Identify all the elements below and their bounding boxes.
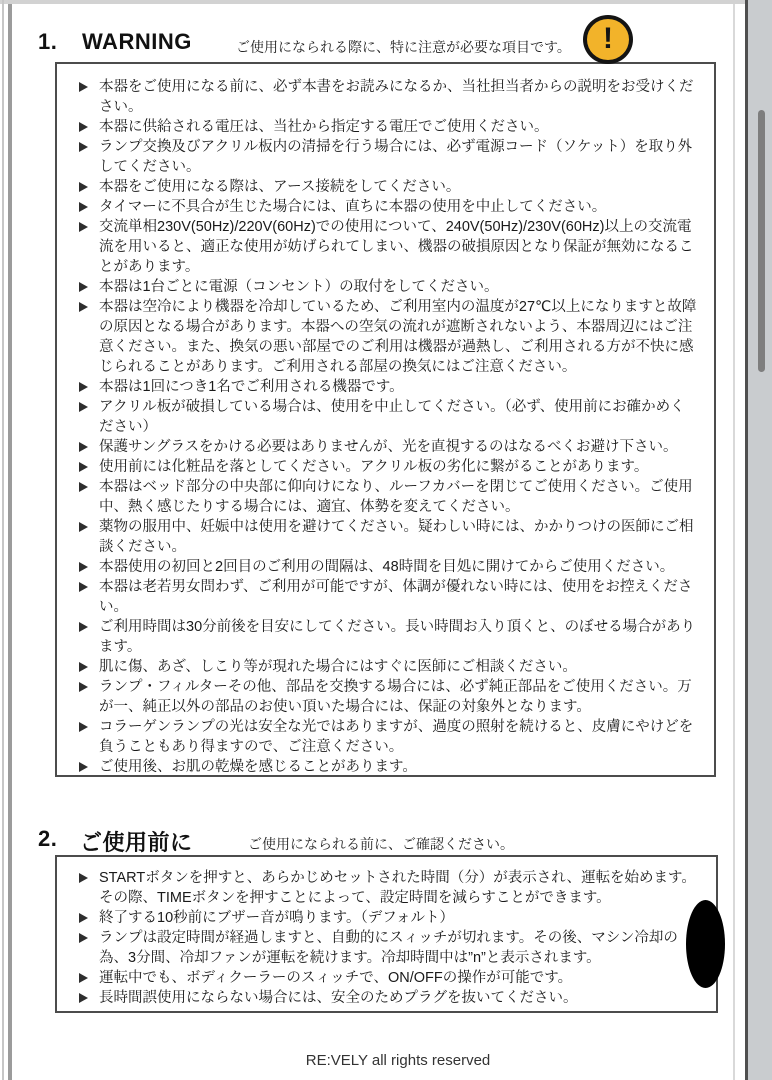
- section2-subtitle: ご使用になられる前に、ご確認ください。: [248, 834, 514, 854]
- list-item-text: 長時間誤使用にならない場合には、安全のためプラグを抜いてください。: [99, 990, 578, 1006]
- page-right-edge: [733, 4, 735, 1080]
- arrow-bullet-icon: [79, 122, 88, 132]
- list-item: 本器は空冷により機器を冷却しているため、ご利用室内の温度が27℃以上になりますと…: [77, 297, 698, 377]
- list-item: ランプは設定時間が経過しますと、自動的にスィッチが切れます。その後、マシン冷却の…: [77, 928, 700, 968]
- list-item: 本器は老若男女問わず、ご利用が可能ですが、体調が優れない時には、使用をお控えくだ…: [77, 577, 698, 617]
- list-item-text: 本器使用の初回と2回目のご利用の間隔は、48時間を目処に開けてからご使用ください…: [99, 559, 674, 575]
- scrollbar-track[interactable]: [748, 0, 772, 1080]
- list-item-text: 交流単相230V(50Hz)/220V(60Hz)での使用について、240V(5…: [99, 219, 694, 275]
- list-item-text: 本器をご使用になる際は、アース接続をしてください。: [99, 179, 460, 195]
- list-item: 終了する10秒前にブザー音が鳴ります。（デフォルト）: [77, 908, 700, 928]
- list-item: 薬物の服用中、妊娠中は使用を避けてください。疑わしい時には、かかりつけの医師にご…: [77, 517, 698, 557]
- viewer-left-border-outer: [2, 0, 4, 1080]
- viewer-top-border: [0, 0, 772, 4]
- warning-rules-box: 本器をご使用になる前に、必ず本書をお読みになるか、当社担当者からの説明をお受けく…: [55, 62, 716, 777]
- list-item-text: 運転中でも、ボディクーラーのスィッチで、ON/OFFの操作が可能です。: [99, 970, 572, 986]
- footer-copyright: RE:VELY all rights reserved: [28, 1052, 768, 1069]
- redaction-ellipse: [686, 900, 725, 988]
- arrow-bullet-icon: [79, 562, 88, 572]
- before-use-rules-list: STARTボタンを押すと、あらかじめセットされた時間（分）が表示され、運転を始め…: [77, 868, 700, 1008]
- list-item: 本器使用の初回と2回目のご利用の間隔は、48時間を目処に開けてからご使用ください…: [77, 557, 698, 577]
- list-item: 長時間誤使用にならない場合には、安全のためプラグを抜いてください。: [77, 988, 700, 1008]
- arrow-bullet-icon: [79, 442, 88, 452]
- list-item: 運転中でも、ボディクーラーのスィッチで、ON/OFFの操作が可能です。: [77, 968, 700, 988]
- list-item: 使用前には化粧品を落としてください。アクリル板の劣化に繋がることがあります。: [77, 457, 698, 477]
- list-item: 本器は1台ごとに電源（コンセント）の取付をしてください。: [77, 277, 698, 297]
- list-item-text: 本器は空冷により機器を冷却しているため、ご利用室内の温度が27℃以上になりますと…: [99, 299, 696, 375]
- list-item: STARTボタンを押すと、あらかじめセットされた時間（分）が表示され、運転を始め…: [77, 868, 700, 908]
- viewer-left-border-inner: [8, 4, 12, 1080]
- list-item-text: 本器は1回につき1名でご利用される機器です。: [99, 379, 404, 395]
- list-item-text: 本器は1台ごとに電源（コンセント）の取付をしてください。: [99, 279, 499, 295]
- list-item-text: ご使用後、お肌の乾燥を感じることがあります。: [99, 759, 417, 775]
- list-item: アクリル板が破損している場合は、使用を中止してください。（必ず、使用前にお確かめ…: [77, 397, 698, 437]
- section2-title: ご使用前に: [80, 826, 193, 857]
- list-item: 本器をご使用になる際は、アース接続をしてください。: [77, 177, 698, 197]
- list-item-text: 保護サングラスをかける必要はありませんが、光を直視するのはなるべくお避け下さい。: [99, 439, 678, 455]
- arrow-bullet-icon: [79, 662, 88, 672]
- arrow-bullet-icon: [79, 462, 88, 472]
- arrow-bullet-icon: [79, 622, 88, 632]
- list-item-text: 終了する10秒前にブザー音が鳴ります。（デフォルト）: [99, 910, 454, 926]
- arrow-bullet-icon: [79, 142, 88, 152]
- warning-rules-list: 本器をご使用になる前に、必ず本書をお読みになるか、当社担当者からの説明をお受けく…: [77, 77, 698, 777]
- warning-exclamation-icon: !: [583, 15, 633, 64]
- arrow-bullet-icon: [79, 202, 88, 212]
- list-item: ご利用時間は30分前後を目安にしてください。長い時間お入り頂くと、のぼせる場合が…: [77, 617, 698, 657]
- arrow-bullet-icon: [79, 382, 88, 392]
- list-item-text: ランプは設定時間が経過しますと、自動的にスィッチが切れます。その後、マシン冷却の…: [99, 930, 678, 966]
- list-item: ランプ交換及びアクリル板内の清掃を行う場合には、必ず電源コード（ソケット）を取り…: [77, 137, 698, 177]
- arrow-bullet-icon: [79, 913, 88, 923]
- list-item: タイマーに不具合が生じた場合には、直ちに本器の使用を中止してください。: [77, 197, 698, 217]
- arrow-bullet-icon: [79, 482, 88, 492]
- list-item: 本器をご使用になる前に、必ず本書をお読みになるか、当社担当者からの説明をお受けく…: [77, 77, 698, 117]
- list-item: 本器はベッド部分の中央部に仰向けになり、ルーフカバーを閉じてご使用ください。ご使…: [77, 477, 698, 517]
- list-item-text: STARTボタンを押すと、あらかじめセットされた時間（分）が表示され、運転を始め…: [99, 870, 696, 906]
- exclamation-glyph: !: [603, 24, 613, 54]
- list-item: コラーゲンランプの光は安全な光ではありますが、過度の照射を続けると、皮膚にやけど…: [77, 717, 698, 757]
- list-item-text: コラーゲンランプの光は安全な光ではありますが、過度の照射を続けると、皮膚にやけど…: [99, 719, 693, 755]
- arrow-bullet-icon: [79, 222, 88, 232]
- before-use-rules-box: STARTボタンを押すと、あらかじめセットされた時間（分）が表示され、運転を始め…: [55, 855, 718, 1013]
- list-item-text: タイマーに不具合が生じた場合には、直ちに本器の使用を中止してください。: [99, 199, 606, 215]
- section1-subtitle: ご使用になられる際に、特に注意が必要な項目です。: [236, 37, 571, 57]
- list-item-text: 本器に供給される電圧は、当社から指定する電圧でご使用ください。: [99, 119, 549, 135]
- list-item-text: 本器は老若男女問わず、ご利用が可能ですが、体調が優れない時には、使用をお控えくだ…: [99, 579, 692, 615]
- list-item-text: 本器をご使用になる前に、必ず本書をお読みになるか、当社担当者からの説明をお受けく…: [99, 79, 694, 115]
- arrow-bullet-icon: [79, 933, 88, 943]
- arrow-bullet-icon: [79, 873, 88, 883]
- arrow-bullet-icon: [79, 973, 88, 983]
- list-item: 本器に供給される電圧は、当社から指定する電圧でご使用ください。: [77, 117, 698, 137]
- list-item-text: アクリル板が破損している場合は、使用を中止してください。（必ず、使用前にお確かめ…: [99, 399, 685, 435]
- arrow-bullet-icon: [79, 762, 88, 772]
- arrow-bullet-icon: [79, 522, 88, 532]
- arrow-bullet-icon: [79, 282, 88, 292]
- list-item: ご使用後、お肌の乾燥を感じることがあります。: [77, 757, 698, 777]
- list-item-text: ご利用時間は30分前後を目安にしてください。長い時間お入り頂くと、のぼせる場合が…: [99, 619, 695, 655]
- list-item: 交流単相230V(50Hz)/220V(60Hz)での使用について、240V(5…: [77, 217, 698, 277]
- arrow-bullet-icon: [79, 82, 88, 92]
- arrow-bullet-icon: [79, 402, 88, 412]
- arrow-bullet-icon: [79, 722, 88, 732]
- list-item: 本器は1回につき1名でご利用される機器です。: [77, 377, 698, 397]
- section1-number: 1.: [38, 29, 57, 55]
- section1-title: WARNING: [82, 29, 192, 55]
- scrollbar-thumb[interactable]: [758, 110, 765, 372]
- section2-number: 2.: [38, 826, 57, 852]
- list-item: 肌に傷、あざ、しこり等が現れた場合にはすぐに医師にご相談ください。: [77, 657, 698, 677]
- list-item: ランプ・フィルターその他、部品を交換する場合には、必ず純正部品をご使用ください。…: [77, 677, 698, 717]
- list-item-text: 本器はベッド部分の中央部に仰向けになり、ルーフカバーを閉じてご使用ください。ご使…: [99, 479, 693, 515]
- list-item: 保護サングラスをかける必要はありませんが、光を直視するのはなるべくお避け下さい。: [77, 437, 698, 457]
- list-item-text: 薬物の服用中、妊娠中は使用を避けてください。疑わしい時には、かかりつけの医師にご…: [99, 519, 694, 555]
- arrow-bullet-icon: [79, 682, 88, 692]
- arrow-bullet-icon: [79, 993, 88, 1003]
- arrow-bullet-icon: [79, 582, 88, 592]
- arrow-bullet-icon: [79, 182, 88, 192]
- list-item-text: ランプ交換及びアクリル板内の清掃を行う場合には、必ず電源コード（ソケット）を取り…: [99, 139, 692, 175]
- list-item-text: 使用前には化粧品を落としてください。アクリル板の劣化に繋がることがあります。: [99, 459, 648, 475]
- arrow-bullet-icon: [79, 302, 88, 312]
- list-item-text: ランプ・フィルターその他、部品を交換する場合には、必ず純正部品をご使用ください。…: [99, 679, 692, 715]
- list-item-text: 肌に傷、あざ、しこり等が現れた場合にはすぐに医師にご相談ください。: [99, 659, 577, 675]
